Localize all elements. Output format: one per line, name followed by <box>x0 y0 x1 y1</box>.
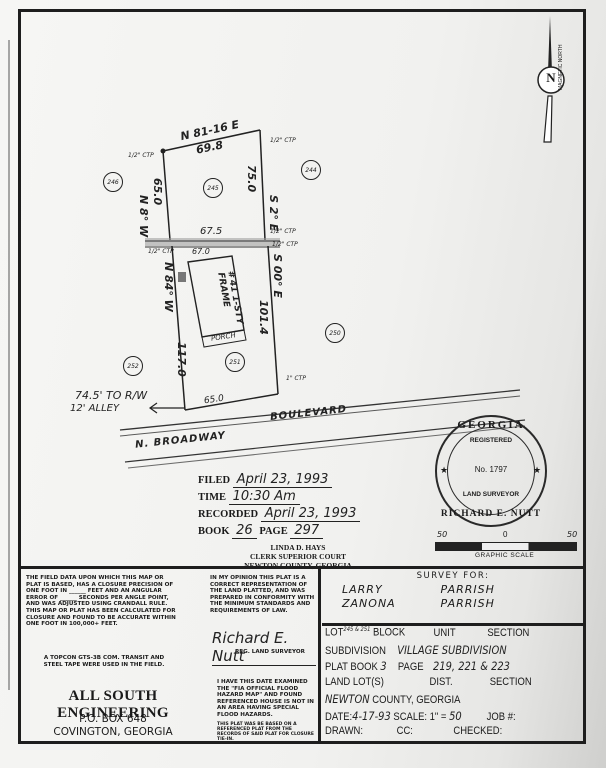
seal-number: No. 1797 <box>437 465 545 474</box>
page-value: 219, 221 & 223 <box>433 659 510 673</box>
lot-label: LOT <box>325 627 343 639</box>
frame-right-edge <box>583 9 586 744</box>
scale-left: 50 <box>437 530 447 539</box>
time-value: 10:30 Am <box>229 489 300 505</box>
right-upper-distance: 75.0 <box>245 165 258 192</box>
star-icon: ★ <box>533 465 541 476</box>
pin-note: 1/2" CTP <box>272 241 298 248</box>
left-bearing: N 8° W <box>137 195 150 237</box>
lot-number: 245 <box>203 178 223 198</box>
pin-note: 1/2" CTP <box>270 137 296 144</box>
lot-number: 250 <box>325 323 345 343</box>
left-upper-distance: 65.0 <box>151 178 164 205</box>
scale-label-info: SCALE: 1" = <box>393 711 446 723</box>
recorded-label: RECORDED <box>198 509 258 520</box>
clerk-title: CLERK SUPERIOR COURT <box>198 552 398 561</box>
opinion-note: IN MY OPINION THIS PLAT IS A CORRECT REP… <box>210 575 316 615</box>
checked-label: CHECKED: <box>453 725 502 737</box>
dist-label: DIST. <box>430 676 453 688</box>
lot-number: 246 <box>103 172 123 192</box>
right-bearing: S 2° E <box>267 195 280 231</box>
recording-block: FILED April 23, 1993 TIME 10:30 Am RECOR… <box>198 472 398 570</box>
book-label: BOOK <box>198 526 230 537</box>
survey-for-title: SURVEY FOR: <box>322 571 584 581</box>
section-label: SECTION <box>487 627 529 639</box>
subdivision-label: SUBDIVISION <box>325 645 386 657</box>
plat-book-value: 3 <box>380 659 386 673</box>
date-value: 4-17-93 <box>352 709 391 723</box>
client-1-first: LARRY <box>342 583 436 596</box>
survey-sheet: N MAGNETIC NORTH N 81-16 E 69.8 65.0 N 8… <box>0 0 606 768</box>
clerk-name: LINDA D. HAYS <box>198 543 398 552</box>
date-label: DATE: <box>325 711 352 723</box>
left-note-row: 74.5' TO R/W <box>75 389 147 402</box>
pin-note: 1" CTP <box>286 375 306 382</box>
lot-number: 244 <box>301 160 321 180</box>
left-note-alley: 12' ALLEY <box>70 403 119 414</box>
filed-label: FILED <box>198 475 230 486</box>
lot-number: 252 <box>123 356 143 376</box>
equipment-note: A TOPCON GTS-3B COM. TRANSIT AND STEEL T… <box>34 655 174 668</box>
book-value: 26 <box>232 523 257 539</box>
seal-title: LAND SURVEYOR <box>437 491 545 498</box>
company-address-1: P.O. BOX 648 <box>20 713 206 726</box>
basis-note: THIS PLAT WAS BE BASED ON A REFERENCED P… <box>217 722 317 742</box>
house-front-distance: 67.0 <box>192 247 210 256</box>
seal-registered: REGISTERED <box>437 437 545 444</box>
section2-label: SECTION <box>490 676 532 688</box>
closure-note: THE FIELD DATA UPON WHICH THIS MAP OR PL… <box>26 575 178 628</box>
scale-right: 50 <box>567 530 577 539</box>
page-label: PAGE <box>398 661 424 673</box>
time-label: TIME <box>198 492 226 503</box>
left-lower-distance: 117.0 <box>175 342 188 377</box>
scale-value: 50 <box>449 709 462 723</box>
land-lot-label: LAND LOT(S) <box>325 676 384 688</box>
flood-note: I HAVE THIS DATE EXAMINED THE "FIA OFFIC… <box>217 679 317 719</box>
survey-for-panel: SURVEY FOR: LARRY PARRISH ZANONA PARRISH <box>322 569 584 626</box>
page-value: 297 <box>290 523 323 539</box>
star-icon: ★ <box>440 465 448 476</box>
left-lower-bearing: N 84° W <box>162 262 175 312</box>
lot-value: 245 & 251 <box>343 626 370 633</box>
drawn-label: DRAWN: <box>325 725 363 737</box>
filed-value: April 23, 1993 <box>233 472 333 488</box>
client-2-first: ZANONA <box>342 597 436 610</box>
job-label: JOB #: <box>487 711 516 723</box>
signature-title: REG. LAND SURVEYOR <box>235 649 305 656</box>
block-label: BLOCK <box>373 627 405 639</box>
pin-note: 1/2" CTP <box>148 248 174 255</box>
scale-label: GRAPHIC SCALE <box>475 552 534 559</box>
recorded-value: April 23, 1993 <box>261 506 361 522</box>
right-lower-bearing: S 00° E <box>271 254 284 298</box>
alley-distance: 67.5 <box>200 226 222 237</box>
scale-middle: 0 <box>503 530 507 539</box>
plat-book-label: PLAT BOOK <box>325 661 378 673</box>
client-2-last: PARRISH <box>441 597 495 610</box>
county-label: COUNTY, GEORGIA <box>372 694 460 706</box>
notes-panel: THE FIELD DATA UPON WHICH THIS MAP OR PL… <box>20 569 316 741</box>
seal-state: GEORGIA <box>437 419 545 431</box>
title-block-divider <box>318 569 321 744</box>
right-lower-distance: 101.4 <box>257 300 270 335</box>
surveyor-seal: GEORGIA REGISTERED No. 1797 LAND SURVEYO… <box>435 415 547 527</box>
company-address-2: COVINGTON, GEORGIA <box>20 726 206 739</box>
lot-info-panel: LOT245 & 251 BLOCK UNIT SECTION SUBDIVIS… <box>325 626 583 742</box>
pin-note: 1/2" CTP <box>270 228 296 235</box>
lot-number: 251 <box>225 352 245 372</box>
unit-label: UNIT <box>434 627 456 639</box>
surveyor-signature: Richard E. Nutt <box>212 629 316 666</box>
client-1-last: PARRISH <box>441 583 495 596</box>
county-value: NEWTON <box>325 692 370 706</box>
seal-name: RICHARD E. NUTT <box>437 509 545 519</box>
graphic-scale-bar <box>435 542 577 551</box>
cc-label: CC: <box>397 725 413 737</box>
page-label: PAGE <box>259 526 287 537</box>
pin-note: 1/2" CTP <box>128 152 154 159</box>
subdivision-value: VILLAGE SUBDIVISION <box>397 643 506 657</box>
